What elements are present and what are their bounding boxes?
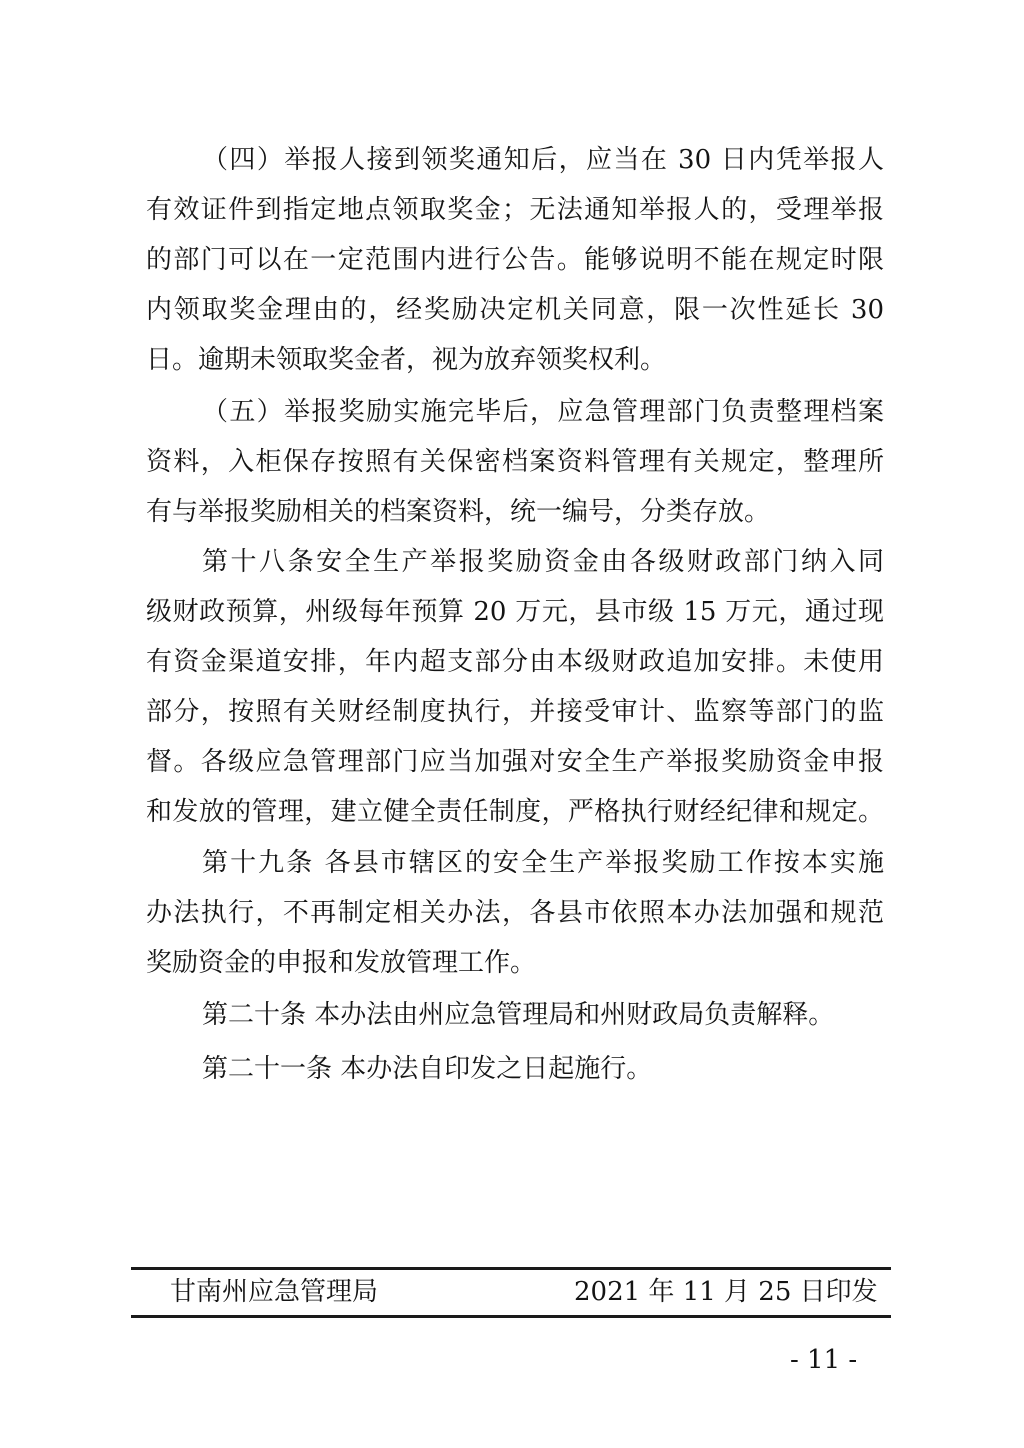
footer-top-rule (131, 1267, 891, 1270)
text-line: 第十八条安全生产举报奖励资金由各级财政部门纳入同 (202, 542, 884, 582)
text-line: 督。各级应急管理部门应当加强对安全生产举报奖励资金申报 (146, 742, 884, 782)
text-line: 部分，按照有关财经制度执行，并接受审计、监察等部门的监 (146, 692, 884, 732)
text-line: 第十九条 各县市辖区的安全生产举报奖励工作按本实施 (202, 843, 884, 883)
text-line: 日。逾期未领取奖金者，视为放弃领奖权利。 (146, 340, 884, 380)
text-line: （五）举报奖励实施完毕后，应急管理部门负责整理档案 (202, 392, 884, 432)
footer-bottom-rule (131, 1315, 891, 1318)
page-number: - 11 - (790, 1340, 857, 1380)
text-line: 级财政预算，州级每年预算 20 万元，县市级 15 万元，通过现 (146, 592, 884, 632)
text-line: 有资金渠道安排，年内超支部分由本级财政追加安排。未使用 (146, 642, 884, 682)
issuer-name: 甘南州应急管理局 (170, 1272, 378, 1312)
text-line: 有效证件到指定地点领取奖金；无法通知举报人的，受理举报 (146, 190, 884, 230)
document-page: （四）举报人接到领奖通知后，应当在 30 日内凭举报人 有效证件到指定地点领取奖… (0, 0, 1024, 1448)
text-line: 第二十一条 本办法自印发之日起施行。 (202, 1049, 884, 1089)
text-line: 资料，入柜保存按照有关保密档案资料管理有关规定，整理所 (146, 442, 884, 482)
text-line: 奖励资金的申报和发放管理工作。 (146, 943, 884, 983)
text-line: 第二十条 本办法由州应急管理局和州财政局负责解释。 (202, 995, 884, 1035)
text-line: 和发放的管理，建立健全责任制度，严格执行财经纪律和规定。 (146, 792, 884, 832)
text-line: 办法执行，不再制定相关办法，各县市依照本办法加强和规范 (146, 893, 884, 933)
issue-date: 2021 年 11 月 25 日印发 (574, 1272, 878, 1312)
text-line: 有与举报奖励相关的档案资料，统一编号，分类存放。 (146, 492, 884, 532)
text-line: 的部门可以在一定范围内进行公告。能够说明不能在规定时限 (146, 240, 884, 280)
text-line: （四）举报人接到领奖通知后，应当在 30 日内凭举报人 (202, 140, 884, 180)
text-line: 内领取奖金理由的，经奖励决定机关同意，限一次性延长 30 (146, 290, 884, 330)
